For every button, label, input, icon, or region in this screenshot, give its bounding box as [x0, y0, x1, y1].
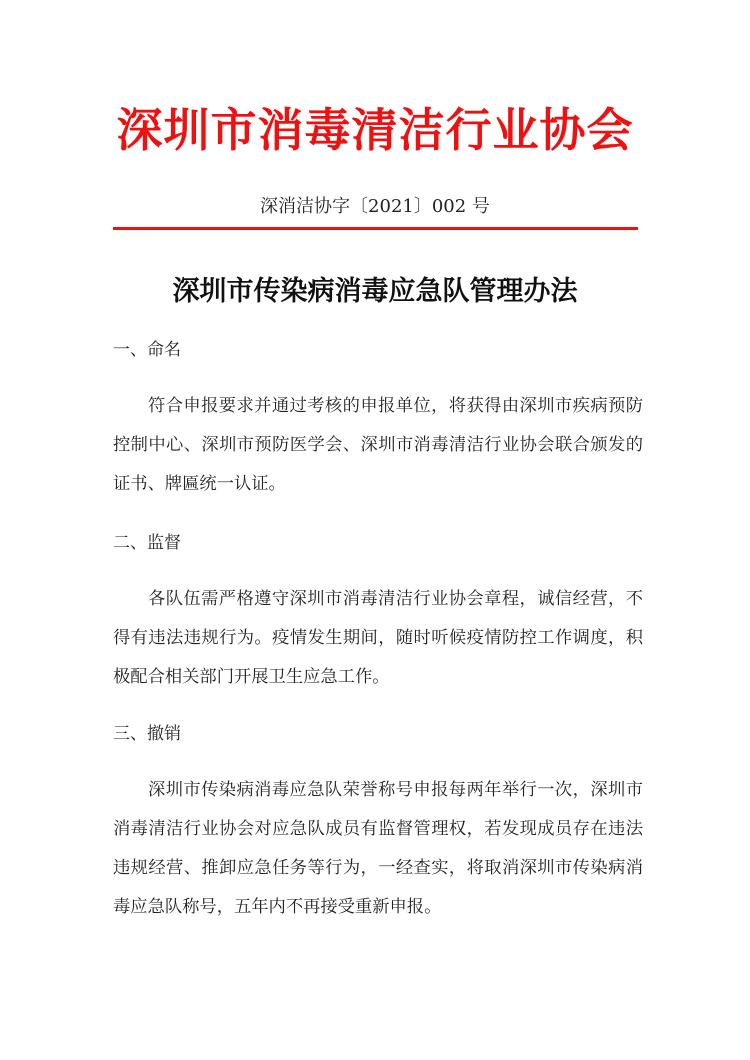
section-heading-supervision: 二、监督: [113, 530, 181, 556]
section-body-supervision: 各队伍需严格遵守深圳市消毒清洁行业协会章程，诚信经营，不得有违法违规行为。疫情发…: [113, 580, 643, 697]
red-divider-line: [113, 227, 638, 230]
section-body-revocation: 深圳市传染病消毒应急队荣誉称号申报每两年举行一次，深圳市消毒清洁行业协会对应急队…: [113, 771, 643, 927]
document-page: 深圳市消毒清洁行业协会 深消洁协字〔2021〕002 号 深圳市传染病消毒应急队…: [0, 0, 750, 1060]
section-body-naming: 符合申报要求并通过考核的申报单位，将获得由深圳市疾病预防控制中心、深圳市预防医学…: [113, 387, 643, 504]
document-title: 深圳市传染病消毒应急队管理办法: [0, 272, 750, 312]
document-number: 深消洁协字〔2021〕002 号: [0, 193, 750, 221]
section-heading-naming: 一、命名: [113, 337, 181, 363]
section-heading-revocation: 三、撤销: [113, 721, 181, 747]
organization-letterhead: 深圳市消毒清洁行业协会: [0, 100, 750, 160]
